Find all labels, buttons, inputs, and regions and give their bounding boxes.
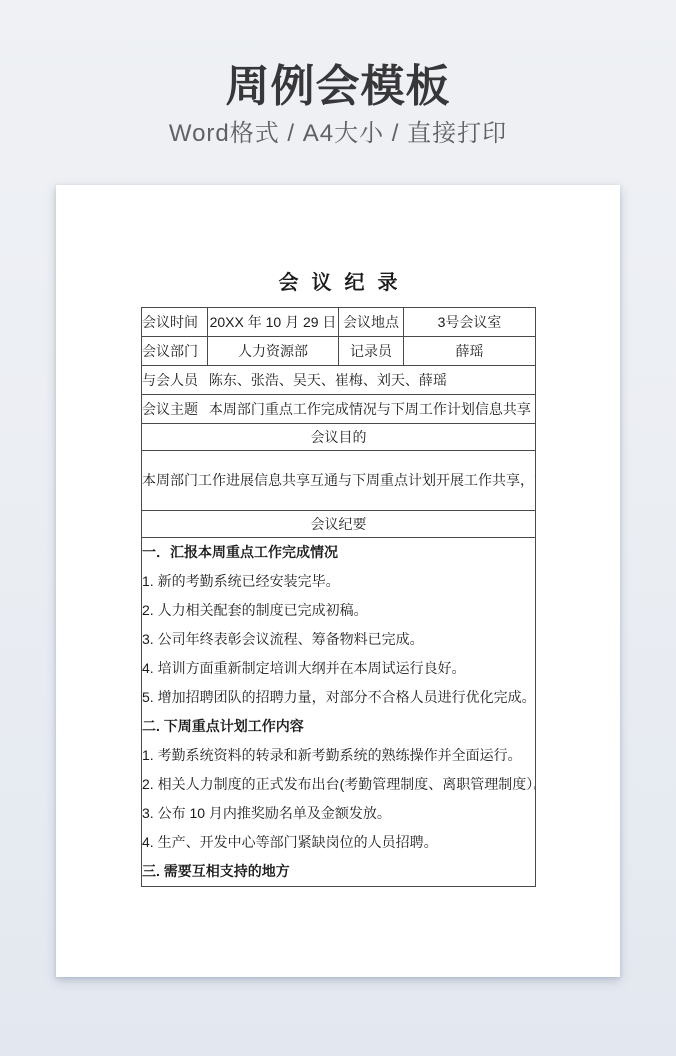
- topic-cell: 会议主题 本周部门重点工作完成情况与下周工作计划信息共享: [142, 395, 536, 424]
- minutes-item: 2. 人力相关配套的制度已完成初稿。: [142, 596, 535, 625]
- meeting-table: 会议时间 20XX 年 10 月 29 日 会议地点 3号会议室 会议部门 人力…: [141, 307, 536, 887]
- minutes-section-1-heading: 一．汇报本周重点工作完成情况: [142, 538, 535, 567]
- minutes-item: 5. 增加招聘团队的招聘力量，对部分不合格人员进行优化完成。: [142, 683, 535, 712]
- meeting-dept-label: 会议部门: [142, 337, 208, 366]
- minutes-item: 1. 考勤系统资料的转录和新考勤系统的熟练操作并全面运行。: [142, 741, 535, 770]
- page-title: 周例会模板: [0, 62, 676, 113]
- minutes-item: 4. 生产、开发中心等部门紧缺岗位的人员招聘。: [142, 828, 535, 857]
- meeting-location-value: 3号会议室: [404, 308, 536, 337]
- minutes-item: 1. 新的考勤系统已经安装完毕。: [142, 567, 535, 596]
- minutes-item: 4. 培训方面重新制定培训大纲并在本周试运行良好。: [142, 654, 535, 683]
- page-subtitle: Word格式 / A4大小 / 直接打印: [0, 120, 676, 149]
- purpose-content: 本周部门工作进展信息共享互通与下周重点计划开展工作共享，让团队的信息互通高效协同…: [142, 451, 536, 511]
- info-row-dept-recorder: 会议部门 人力资源部 记录员 薛瑶: [142, 337, 536, 366]
- purpose-content-row: 本周部门工作进展信息共享互通与下周重点计划开展工作共享，让团队的信息互通高效协同…: [142, 451, 536, 511]
- info-row-attendees: 与会人员 陈东、张浩、吴天、崔梅、刘天、薛瑶: [142, 366, 536, 395]
- topic-value: 本周部门重点工作完成情况与下周工作计划信息共享: [209, 399, 531, 419]
- meeting-time-label: 会议时间: [142, 308, 208, 337]
- minutes-section-2-heading: 二. 下周重点计划工作内容: [142, 712, 535, 741]
- minutes-content: 一．汇报本周重点工作完成情况 1. 新的考勤系统已经安装完毕。 2. 人力相关配…: [142, 538, 536, 887]
- minutes-section-3-heading: 三. 需要互相支持的地方: [142, 857, 535, 886]
- minutes-item: 3. 公司年终表彰会议流程、筹备物料已完成。: [142, 625, 535, 654]
- attendees-cell: 与会人员 陈东、张浩、吴天、崔梅、刘天、薛瑶: [142, 366, 536, 395]
- topic-label: 会议主题: [142, 399, 198, 419]
- meeting-location-label: 会议地点: [339, 308, 404, 337]
- minutes-content-row: 一．汇报本周重点工作完成情况 1. 新的考勤系统已经安装完毕。 2. 人力相关配…: [142, 538, 536, 887]
- purpose-header: 会议目的: [142, 424, 536, 451]
- document-title: 会议纪录: [56, 271, 620, 295]
- meeting-dept-value: 人力资源部: [208, 337, 339, 366]
- page-background: { "page": { "title": "周例会模板", "subtitle"…: [0, 0, 676, 1056]
- info-row-topic: 会议主题 本周部门重点工作完成情况与下周工作计划信息共享: [142, 395, 536, 424]
- document-paper: 会议纪录 会议时间 20XX 年 10 月 29 日 会议地点 3号会议室 会议…: [56, 185, 620, 977]
- recorder-label: 记录员: [339, 337, 404, 366]
- attendees-label: 与会人员: [142, 370, 198, 390]
- minutes-header-row: 会议纪要: [142, 511, 536, 538]
- minutes-item: 3. 公布 10 月内推奖励名单及金额发放。: [142, 799, 535, 828]
- attendees-value: 陈东、张浩、吴天、崔梅、刘天、薛瑶: [209, 370, 447, 390]
- minutes-header: 会议纪要: [142, 511, 536, 538]
- recorder-value: 薛瑶: [404, 337, 536, 366]
- info-row-time-location: 会议时间 20XX 年 10 月 29 日 会议地点 3号会议室: [142, 308, 536, 337]
- purpose-header-row: 会议目的: [142, 424, 536, 451]
- meeting-time-value: 20XX 年 10 月 29 日: [208, 308, 339, 337]
- minutes-item: 2. 相关人力制度的正式发布出台(考勤管理制度、离职管理制度）。: [142, 770, 535, 799]
